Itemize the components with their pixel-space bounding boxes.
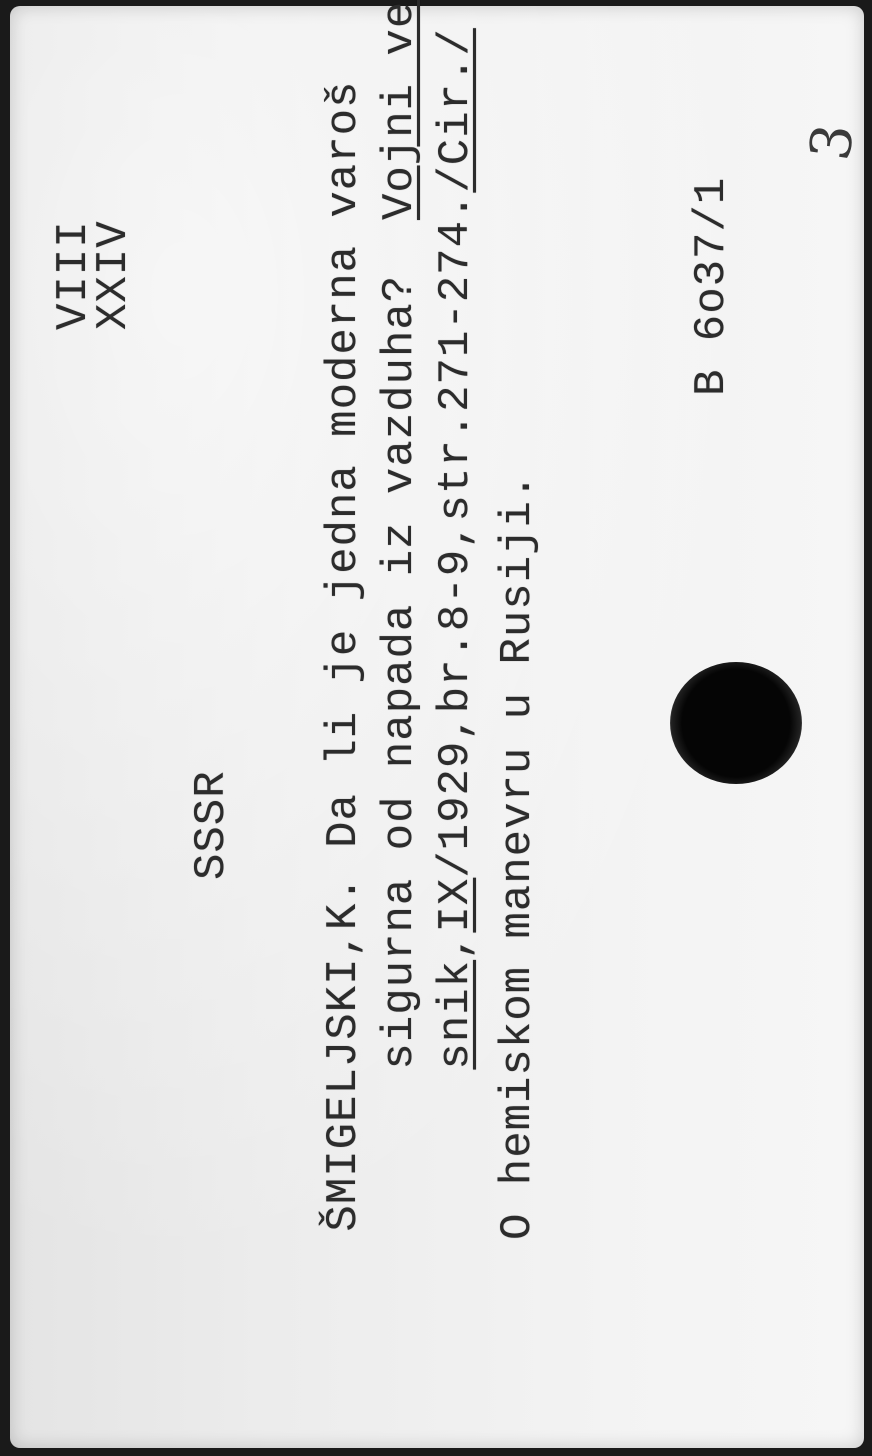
- script-note: /Cir./: [431, 28, 481, 192]
- separator: ,: [431, 933, 481, 960]
- catalog-card: VIII XXIV SSSR ŠMIGELJSKI,K. Da li je je…: [0, 0, 872, 1456]
- punched-hole: [670, 662, 802, 784]
- scanner-background: VIII XXIV SSSR ŠMIGELJSKI,K. Da li je je…: [0, 0, 872, 1456]
- volume-number: IX: [431, 878, 481, 933]
- journal-title-end: snik: [431, 960, 481, 1070]
- annotation: O hemiskom manevru u Rusiji.: [496, 473, 540, 1240]
- citation-details: /1929,br.8-9,str.271-274.: [431, 193, 481, 878]
- subject-heading: SSSR: [190, 770, 234, 880]
- classification-line-2: XXIV: [92, 220, 136, 330]
- call-number: B 6o37/1: [690, 177, 734, 396]
